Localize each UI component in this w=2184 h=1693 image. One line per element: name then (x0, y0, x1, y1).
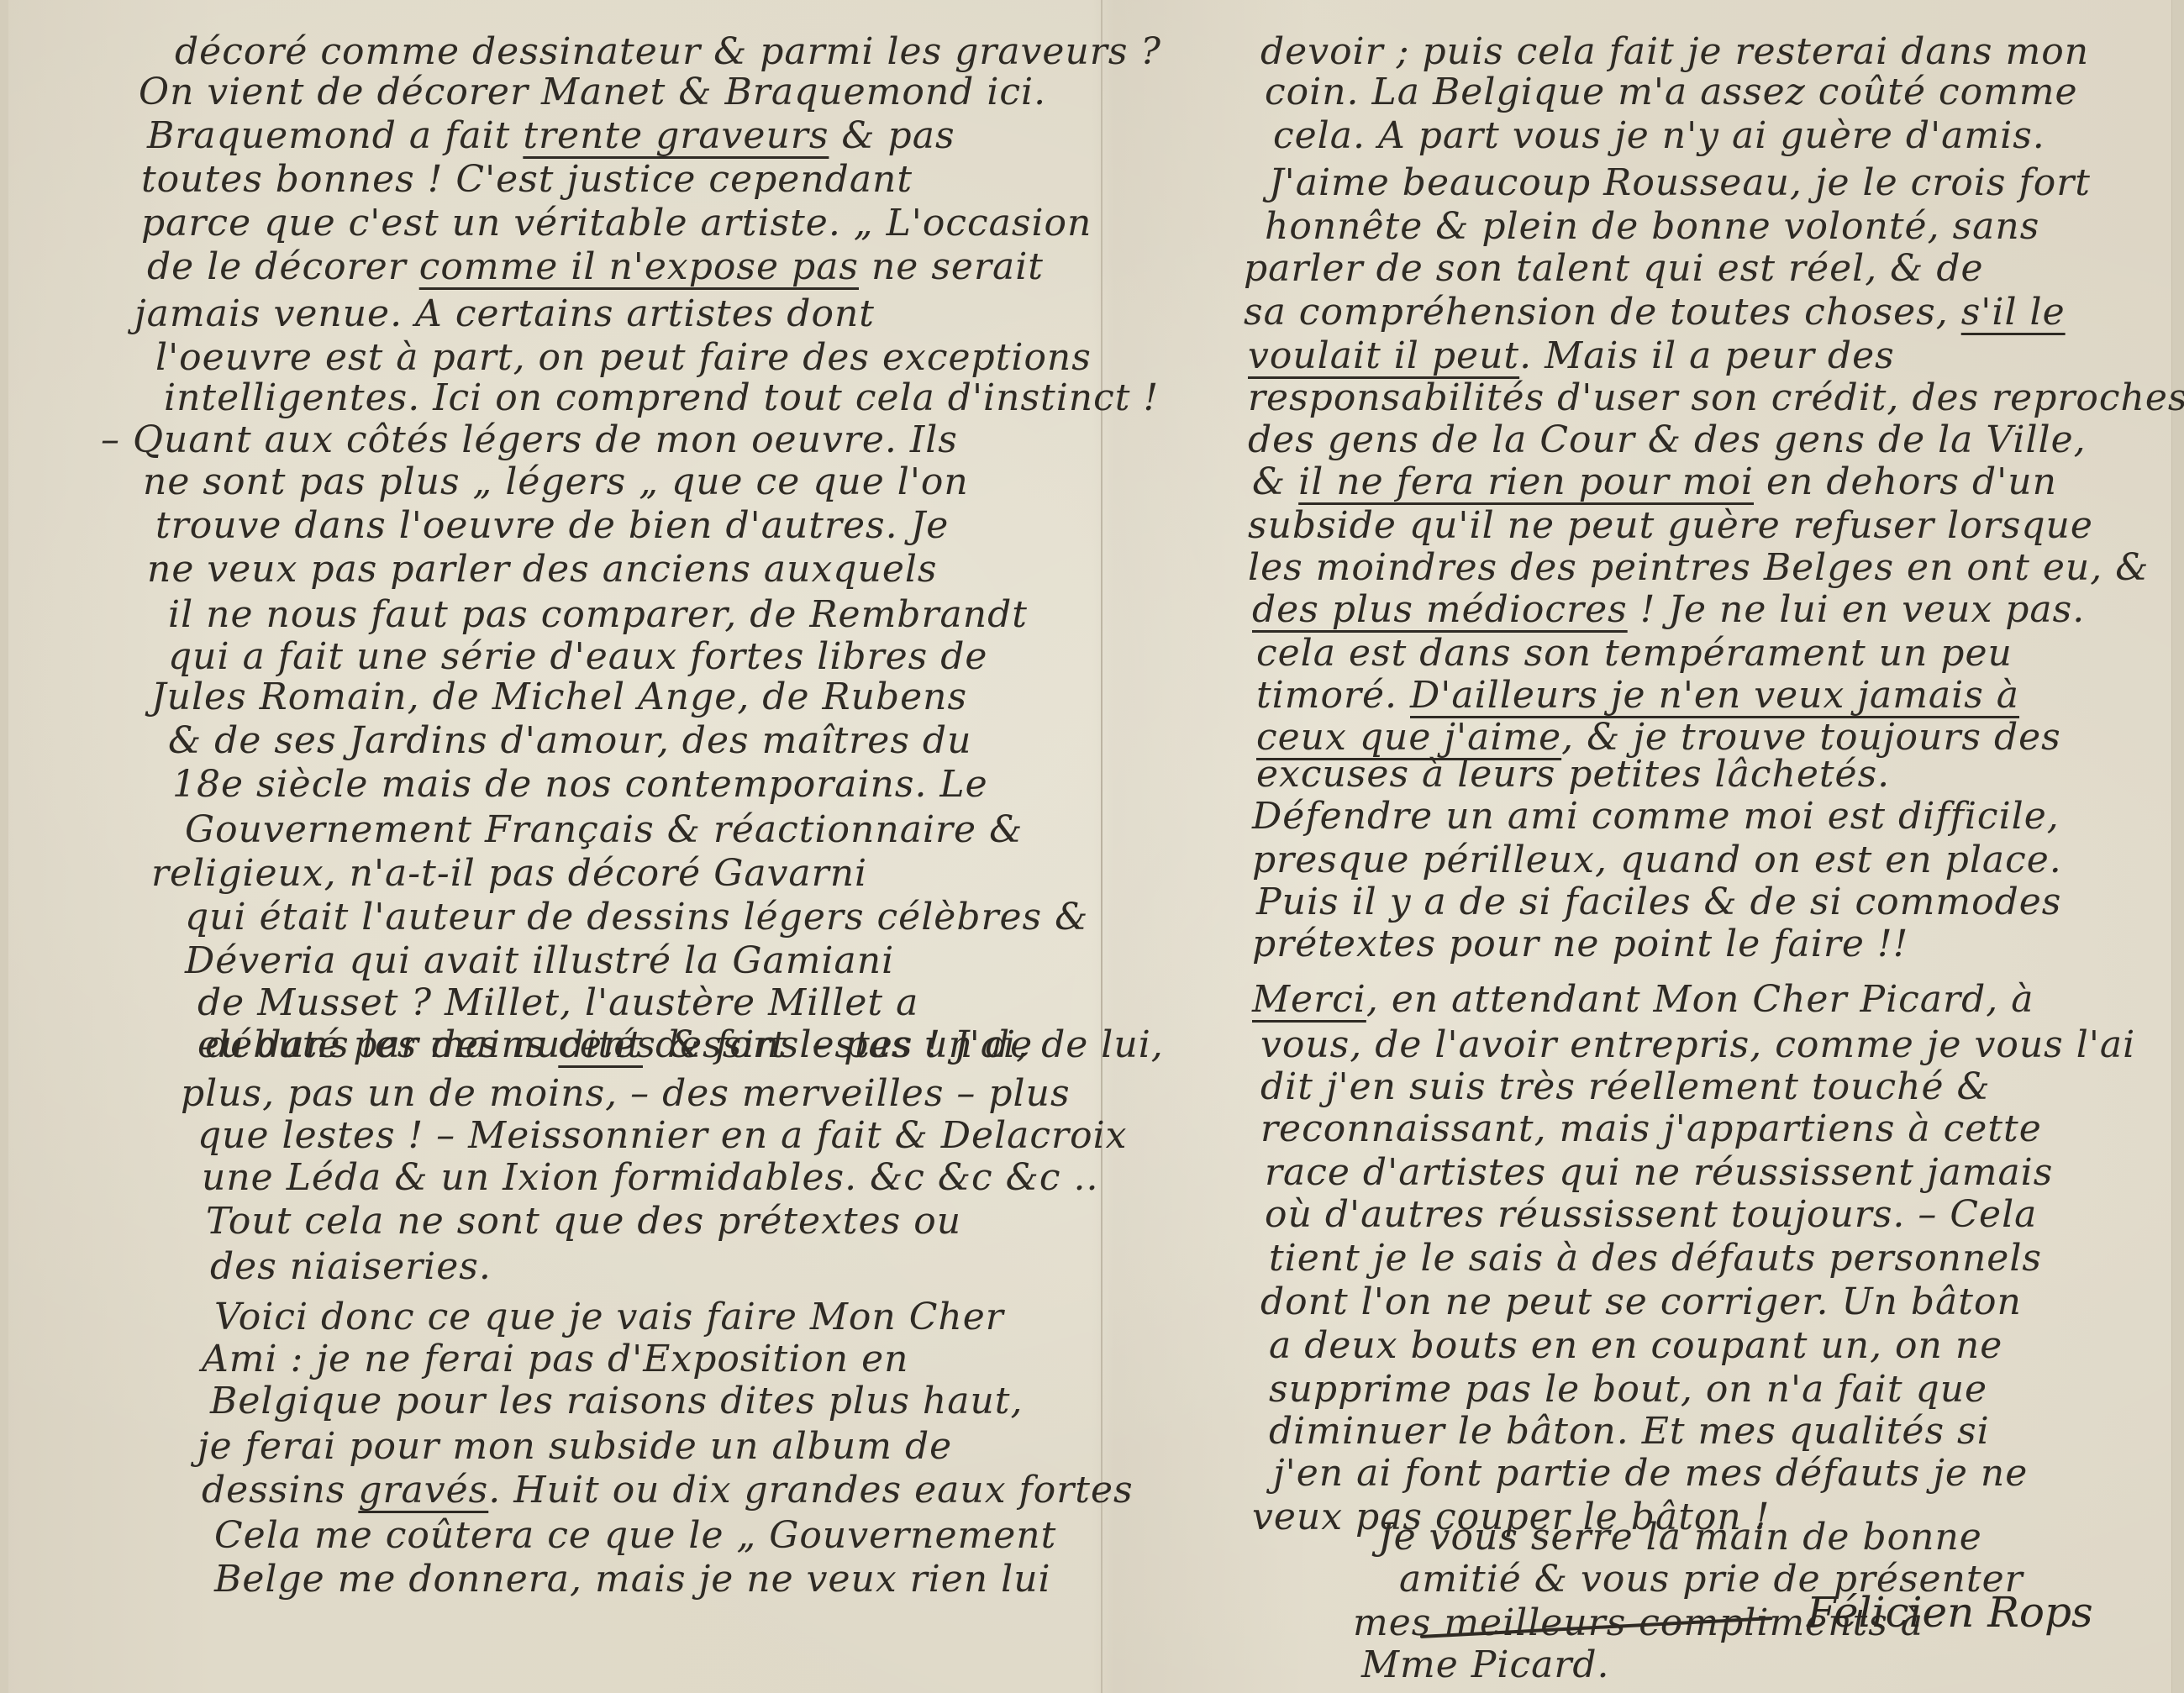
handwritten-line: des niaiseries. (210, 1249, 492, 1286)
left-page: décoré comme dessinateur & parmi les gra… (0, 0, 1101, 1693)
handwritten-line: – Quant aux côtés légers de mon oeuvre. … (101, 422, 958, 459)
handwritten-line: dit j'en suis très réellement touché & (1260, 1069, 1991, 1106)
handwritten-line: Ami : je ne ferai pas d'Exposition en (202, 1341, 908, 1378)
handwritten-line: où d'autres réussissent toujours. – Cela (1265, 1196, 2037, 1233)
handwritten-line: coin. La Belgique m'a assez coûté comme (1265, 74, 2078, 111)
handwritten-line: je ferai pour mon subside un album de (197, 1428, 952, 1465)
handwritten-line: Braquemond a fait trente graveurs & pas (147, 118, 955, 155)
handwritten-line: responsabilités d'user son crédit, des r… (1248, 380, 2184, 417)
handwritten-line: toutes bonnes ! C'est justice cependant (141, 161, 913, 198)
handwritten-line: race d'artistes qui ne réussissent jamai… (1265, 1154, 2053, 1191)
handwritten-line: Défendre un ami comme moi est difficile, (1252, 798, 2060, 835)
handwritten-line: parler de son talent qui est réel, & de (1244, 250, 1984, 287)
right-page: devoir ; puis cela fait je resterai dans… (1103, 0, 2184, 1693)
handwritten-line: & il ne fera rien pour moi en dehors d'u… (1252, 464, 2057, 501)
handwritten-line: religieux, n'a-t-il pas décoré Gavarni (151, 855, 867, 892)
handwritten-line: presque périlleux, quand on est en place… (1252, 842, 2062, 879)
underlined-phrase: cent (558, 1023, 643, 1066)
handwritten-line: Mme Picard. (1361, 1647, 1610, 1684)
handwritten-line: que lestes ! – Meissonnier en a fait & D… (197, 1117, 1127, 1154)
handwritten-line: des gens de la Cour & des gens de la Vil… (1248, 422, 2087, 459)
handwritten-line: Déveria qui avait illustré la Gamiani (185, 943, 894, 980)
underlined-phrase: il ne fera rien pour moi (1298, 460, 1754, 503)
handwritten-line: décoré comme dessinateur & parmi les gra… (175, 34, 1161, 71)
handwritten-line: Cela me coûtera ce que le „ Gouvernement (214, 1517, 1056, 1554)
handwritten-line: ne sont pas plus „ légers „ que ce que l… (143, 464, 969, 501)
underlined-phrase: voulait il peut (1248, 334, 1519, 377)
handwritten-line: ceux que j'aime, & je trouve toujours de… (1256, 719, 2061, 756)
underlined-phrase: trente graveurs (523, 114, 829, 157)
underlined-phrase: des plus médiocres (1252, 588, 1628, 631)
signature: Félicien Rops (1807, 1588, 2093, 1637)
handwritten-line: eu dans les mains cent dessins – pas un … (197, 1027, 1033, 1064)
handwritten-line: dessins gravés. Huit ou dix grandes eaux… (202, 1472, 1134, 1509)
handwritten-line: j'en ai font partie de mes défauts je ne (1273, 1455, 2028, 1492)
handwritten-line: qui était l'auteur de dessins légers cél… (185, 899, 1088, 936)
handwritten-line: prétextes pour ne point le faire !! (1252, 926, 1908, 963)
handwritten-line: J'aime beaucoup Rousseau, je le crois fo… (1269, 165, 2091, 202)
handwritten-line: cela. A part vous je n'y ai guère d'amis… (1273, 118, 2045, 155)
handwritten-line: l'oeuvre est à part, on peut faire des e… (155, 339, 1092, 376)
letter-sheet: décoré comme dessinateur & parmi les gra… (0, 0, 2184, 1693)
handwritten-line: trouve dans l'oeuvre de bien d'autres. J… (155, 507, 949, 544)
handwritten-line: Gouvernement Français & réactionnaire & (185, 812, 1023, 849)
handwritten-line: 18e siècle mais de nos contemporains. Le (172, 766, 988, 803)
handwritten-line: Tout cela ne sont que des prétextes ou (206, 1203, 961, 1240)
handwritten-line: excuses à leurs petites lâchetés. (1256, 756, 1890, 793)
handwritten-line: Jules Romain, de Michel Ange, de Rubens (151, 679, 967, 716)
underlined-phrase: D'ailleurs je n'en veux jamais à (1410, 674, 2019, 717)
handwritten-line: des plus médiocres ! Je ne lui en veux p… (1252, 591, 2085, 628)
handwritten-line: Puis il y a de si faciles & de si commod… (1256, 884, 2061, 921)
underlined-phrase: gravés (358, 1469, 488, 1512)
handwritten-line: les moindres des peintres Belges en ont … (1248, 549, 2149, 586)
handwritten-line: supprime pas le bout, on n'a fait que (1269, 1371, 1987, 1408)
handwritten-line: dont l'on ne peut se corriger. Un bâton (1260, 1284, 2022, 1321)
handwritten-line: timoré. D'ailleurs je n'en veux jamais à (1256, 677, 2019, 714)
underlined-phrase: s'il le (1961, 291, 2066, 334)
handwritten-line: tient je le sais à des défauts personnel… (1269, 1240, 2042, 1277)
handwritten-line: honnête & plein de bonne volonté, sans (1265, 208, 2039, 245)
handwritten-line: voulait il peut. Mais il a peur des (1248, 338, 1895, 375)
handwritten-line: reconnaissant, mais j'appartiens à cette (1260, 1111, 2042, 1148)
handwritten-line: Belgique pour les raisons dites plus hau… (210, 1383, 1023, 1420)
handwritten-line: Belge me donnera, mais je ne veux rien l… (214, 1561, 1051, 1598)
underlined-phrase: comme il n'expose pas (419, 245, 859, 288)
handwritten-line: a deux bouts en en coupant un, on ne (1269, 1328, 2002, 1364)
handwritten-line: intelligentes. Ici on comprend tout cela… (164, 380, 1159, 417)
handwritten-line: & de ses Jardins d'amour, des maîtres du (168, 723, 971, 760)
handwritten-line: subside qu'il ne peut guère refuser lors… (1248, 507, 2093, 544)
underlined-phrase: Merci (1252, 978, 1366, 1021)
handwritten-line: plus, pas un de moins, – des merveilles … (181, 1075, 1071, 1112)
handwritten-line: il ne nous faut pas comparer, de Rembran… (168, 597, 1028, 634)
handwritten-line: qui a fait une série d'eaux fortes libre… (168, 639, 987, 676)
handwritten-line: de Musset ? Millet, l'austère Millet a (197, 985, 918, 1022)
handwritten-line: vous, de l'avoir entrepris, comme je vou… (1260, 1027, 2135, 1064)
handwritten-line: devoir ; puis cela fait je resterai dans… (1260, 34, 2089, 71)
handwritten-line: ne veux pas parler des anciens auxquels (147, 551, 938, 588)
handwritten-line: Je vous serre la main de bonne (1378, 1519, 1982, 1556)
handwritten-line: cela est dans son tempérament un peu (1256, 635, 2013, 672)
handwritten-line: jamais venue. A certains artistes dont (134, 296, 875, 333)
handwritten-line: parce que c'est un véritable artiste. „ … (141, 205, 1092, 242)
handwritten-line: Merci, en attendant Mon Cher Picard, à (1252, 981, 2034, 1018)
handwritten-line: de le décorer comme il n'expose pas ne s… (147, 249, 1044, 286)
handwritten-line: diminuer le bâton. Et mes qualités si (1269, 1413, 1990, 1450)
handwritten-line: Voici donc ce que je vais faire Mon Cher (214, 1299, 1004, 1336)
handwritten-line: une Léda & un Ixion formidables. &c &c &… (202, 1159, 1098, 1196)
handwritten-line: sa compréhension de toutes choses, s'il … (1244, 294, 2066, 331)
handwritten-line: On vient de décorer Manet & Braquemond i… (139, 74, 1046, 111)
